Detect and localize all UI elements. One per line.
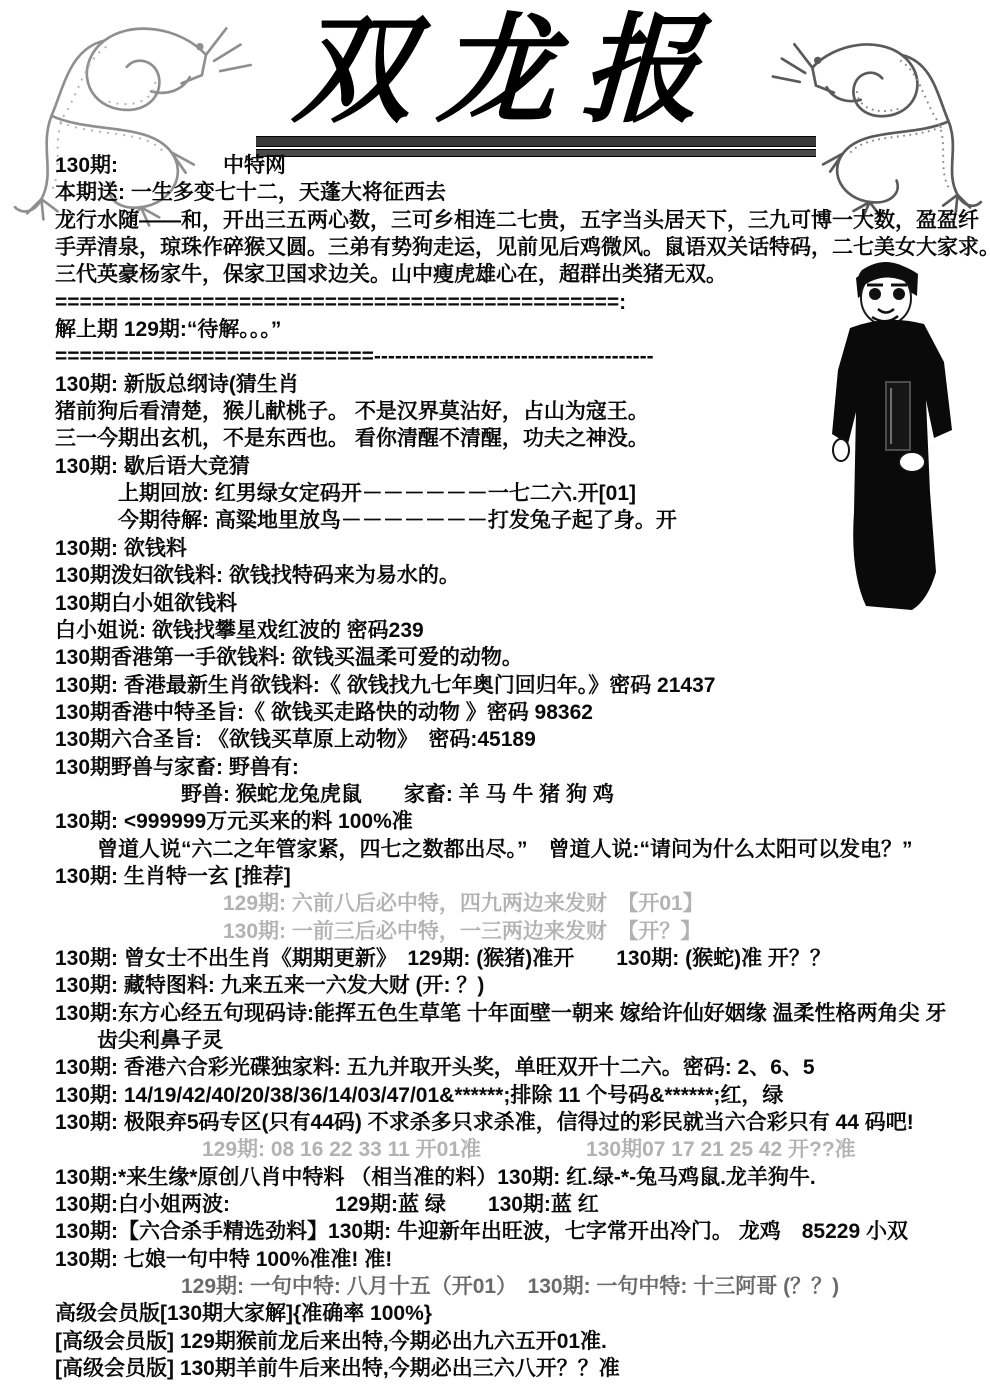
text-line: 130期: 香港最新生肖欲钱料:《 欲钱找九七年奥门回归年。》密码 21437	[55, 672, 990, 699]
text-line: ==========================--------------…	[55, 343, 990, 370]
text-line: 130期野兽与家畜: 野兽有:	[55, 754, 990, 781]
text-line: 手弄清泉，琼珠作碎猴又圆。三弟有势狗走运，见前见后鸡微风。鼠语双关话特码，二七美…	[55, 234, 990, 261]
text-line: 130期:*来生缘*原创八肖中特料 （相当准的料）130期: 红.绿-*-兔马鸡…	[55, 1164, 990, 1191]
text-line: 本期送: 一生多变七十二，天蓬大将征西去	[55, 179, 990, 206]
text-line: 129期: 六前八后必中特，四九两边来发财 【开01】	[55, 890, 990, 917]
text-line: 130期: <999999万元买来的料 100%准	[55, 808, 990, 835]
text-line: 130期:白小姐两波: 129期:蓝 绿 130期:蓝 红	[55, 1191, 990, 1218]
text-line: 129期: 一句中特: 八月十五（开01） 130期: 一句中特: 十三阿哥 (…	[55, 1273, 990, 1300]
text-line: 三代英豪杨家牛，保家卫国求边关。山中瘦虎雄心在，超群出类猪无双。	[55, 261, 990, 288]
text-line: 130期: 曾女士不出生肖《期期更新》 129期: (猴猪)准开 130期: (…	[55, 945, 990, 972]
text-line: 白小姐说: 欲钱找攀星戏红波的 密码239	[55, 617, 990, 644]
text-line: 130期: 欲钱料	[55, 535, 990, 562]
text-line: 130期: 14/19/42/40/20/38/36/14/03/47/01&*…	[55, 1082, 990, 1109]
text-line: 野兽: 猴蛇龙兔虎鼠 家畜: 羊 马 牛 猪 狗 鸡	[55, 781, 990, 808]
double-dragon-report-sheet: 双龙报 130期: 中特网本期送: 一生多变七十二，天蓬大将征西去龙行水随——和…	[0, 0, 990, 1388]
text-line: 130期: 极限弃5码专区(只有44码) 不求杀多只求杀准，信得过的彩民就当六合…	[55, 1109, 990, 1136]
text-line: 130期: 中特网	[55, 152, 990, 179]
text-line: 130期: 一前三后必中特，一三两边来发财 【开？】	[55, 918, 990, 945]
text-line: 130期白小姐欲钱料	[55, 590, 990, 617]
text-line: 130期: 七娘一句中特 100%准准! 准!	[55, 1246, 990, 1273]
text-line: 三一今期出玄机，不是东西也。 看你清醒不清醒，功夫之神没。	[55, 425, 990, 452]
text-line: 130期: 新版总纲诗(猜生肖	[55, 371, 990, 398]
text-line: 今期待解: 高粱地里放鸟－－－－－－－打发兔子起了身。开	[55, 507, 990, 534]
text-line: 130期泼妇欲钱料: 欲钱找特码来为易水的。	[55, 562, 990, 589]
text-line: 解上期 129期:“待解。。。”	[55, 316, 990, 343]
text-line: [高级会员版] 130期羊前牛后来出特,今期必出三六八开？？准	[55, 1355, 990, 1382]
text-line: 130期:东方心经五句现码诗:能挥五色生草笔 十年面壁一朝来 嫁给许仙好姻缘 温…	[55, 1000, 990, 1027]
text-line: 齿尖利鼻子灵	[55, 1027, 990, 1054]
masthead-title-text: 双龙报	[286, 8, 754, 132]
text-line: 上期回放: 红男绿女定码开－－－－－－一七二六.开[01]	[55, 480, 990, 507]
text-line: 129期: 08 16 22 33 11 开01准 130期07 17 21 2…	[55, 1136, 990, 1163]
text-line: 高级会员版[130期大家解]{准确率 100%}	[55, 1300, 990, 1327]
text-line: ========================================…	[55, 289, 990, 316]
text-line: 130期: 歇后语大竞猜	[55, 453, 990, 480]
text-line: 130期六合圣旨: 《欲钱买草原上动物》 密码:45189	[55, 726, 990, 753]
text-line: 猪前狗后看清楚，猴儿献桃子。 不是汉界莫沾好，占山为寇王。	[55, 398, 990, 425]
text-line: 龙行水随——和，开出三五两心数，三可乡相连二七贵，五字当头居天下，三九可博一大数…	[55, 207, 990, 234]
text-body: 130期: 中特网本期送: 一生多变七十二，天蓬大将征西去龙行水随——和，开出三…	[55, 152, 990, 1382]
text-line: 曾道人说“六二之年管家紧，四七之数都出尽。” 曾道人说:“请问为什么太阳可以发电…	[55, 836, 990, 863]
text-line: 130期: 生肖特一玄 [推荐]	[55, 863, 990, 890]
text-line: 130期: 香港六合彩光碟独家料: 五九并取开头奖，单旺双开十二六。密码: 2、…	[55, 1054, 990, 1081]
text-line: 130期: 藏特图料: 九来五来一六发大财 (开: ？)	[55, 972, 990, 999]
text-line: 130期香港第一手欲钱料: 欲钱买温柔可爱的动物。	[55, 644, 990, 671]
masthead-title: 双龙报	[286, 8, 772, 140]
text-line: 130期香港中特圣旨:《 欲钱买走路快的动物 》密码 98362	[55, 699, 990, 726]
text-line: 130期:【六合杀手精选劲料】130期: 牛迎新年出旺波，七字常开出冷门。 龙鸡…	[55, 1218, 990, 1245]
text-line: [高级会员版] 129期猴前龙后来出特,今期必出九六五开01准.	[55, 1328, 990, 1355]
